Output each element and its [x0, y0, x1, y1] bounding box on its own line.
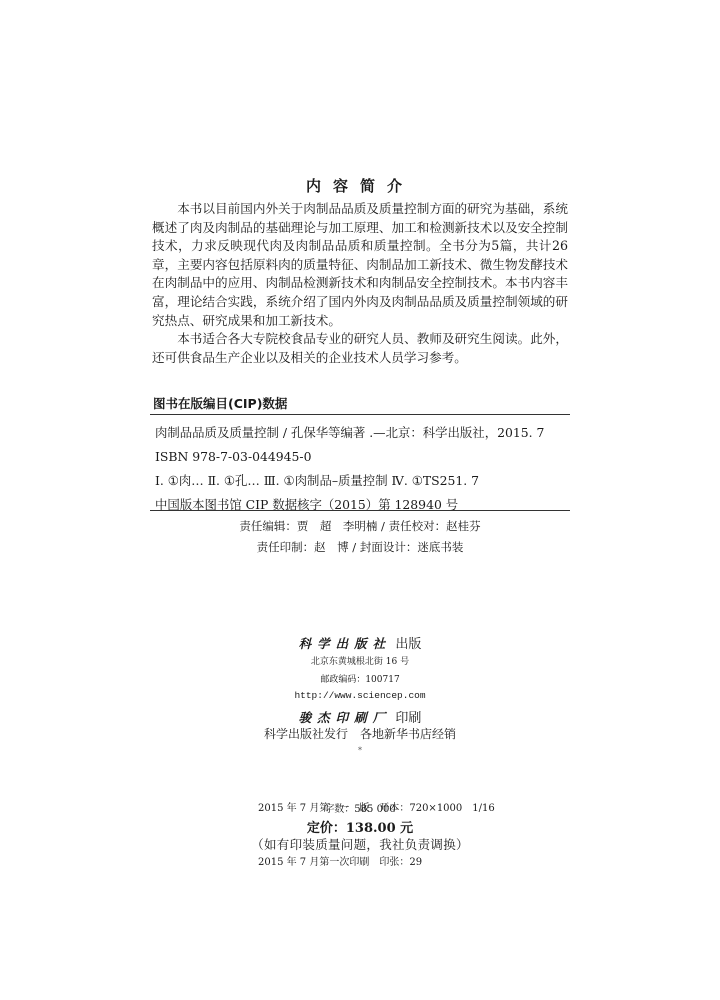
- publisher-address: 北京东黄城根北街 16 号: [0, 654, 720, 667]
- printer-name: 骏杰印刷厂: [299, 710, 392, 725]
- printer-suffix: 印刷: [395, 711, 421, 726]
- separator-star: *: [0, 746, 720, 755]
- distribution-line: 科学出版社发行 各地新华书店经销: [0, 725, 720, 742]
- publisher-name: 科学出版社: [299, 636, 392, 651]
- cip-classification-line: Ⅰ. ①肉… Ⅱ. ①孔… Ⅲ. ①肉制品–质量控制 Ⅳ. ①TS251. 7: [155, 469, 570, 493]
- production-credits: 责任印制：赵 博 / 封面设计：迷底书装: [0, 537, 720, 558]
- printing-line: 2015 年 7 月第一次印刷 印张：29: [258, 854, 495, 872]
- intro-title: 内容简介: [0, 175, 720, 196]
- cip-title-line: 肉制品品质及质量控制 / 孔保华等编著 .—北京：科学出版社，2015. 7: [155, 421, 570, 445]
- intro-paragraph-1: 本书以目前国内外关于肉制品品质及质量控制方面的研究为基础，系统概述了肉及肉制品的…: [152, 200, 568, 330]
- publisher-suffix: 出版: [395, 637, 421, 652]
- intro-body: 本书以目前国内外关于肉制品品质及质量控制方面的研究为基础，系统概述了肉及肉制品的…: [152, 200, 568, 367]
- staff-credits: 责任编辑：贾 超 李明楠 / 责任校对：赵桂芬 责任印制：赵 博 / 封面设计：…: [0, 516, 720, 558]
- cip-isbn-line: ISBN 978-7-03-044945-0: [155, 445, 570, 469]
- editor-credits: 责任编辑：贾 超 李明楠 / 责任校对：赵桂芬: [0, 516, 720, 537]
- word-count: 字数：585 000: [0, 800, 720, 815]
- publisher-line: 科学出版社 出版: [0, 633, 720, 652]
- publisher-url: http://www.sciencep.com: [0, 690, 720, 701]
- cip-heading: 图书在版编目(CIP)数据: [153, 394, 287, 412]
- cip-record-number-line: 中国版本图书馆 CIP 数据核字（2015）第 128940 号: [155, 493, 570, 517]
- cip-bottom-rule: [150, 510, 570, 511]
- cip-data-block: 肉制品品质及质量控制 / 孔保华等编著 .—北京：科学出版社，2015. 7 I…: [155, 421, 570, 517]
- postal-code: 邮政编码：100717: [0, 672, 720, 685]
- price: 定价：138.00 元: [0, 817, 720, 836]
- quality-note: （如有印装质量问题，我社负责调换）: [0, 835, 720, 853]
- cip-top-rule: [150, 414, 570, 415]
- intro-paragraph-2: 本书适合各大专院校食品专业的研究人员、教师及研究生阅读。此外，还可供食品生产企业…: [152, 330, 568, 367]
- printer-line: 骏杰印刷厂 印刷: [0, 707, 720, 726]
